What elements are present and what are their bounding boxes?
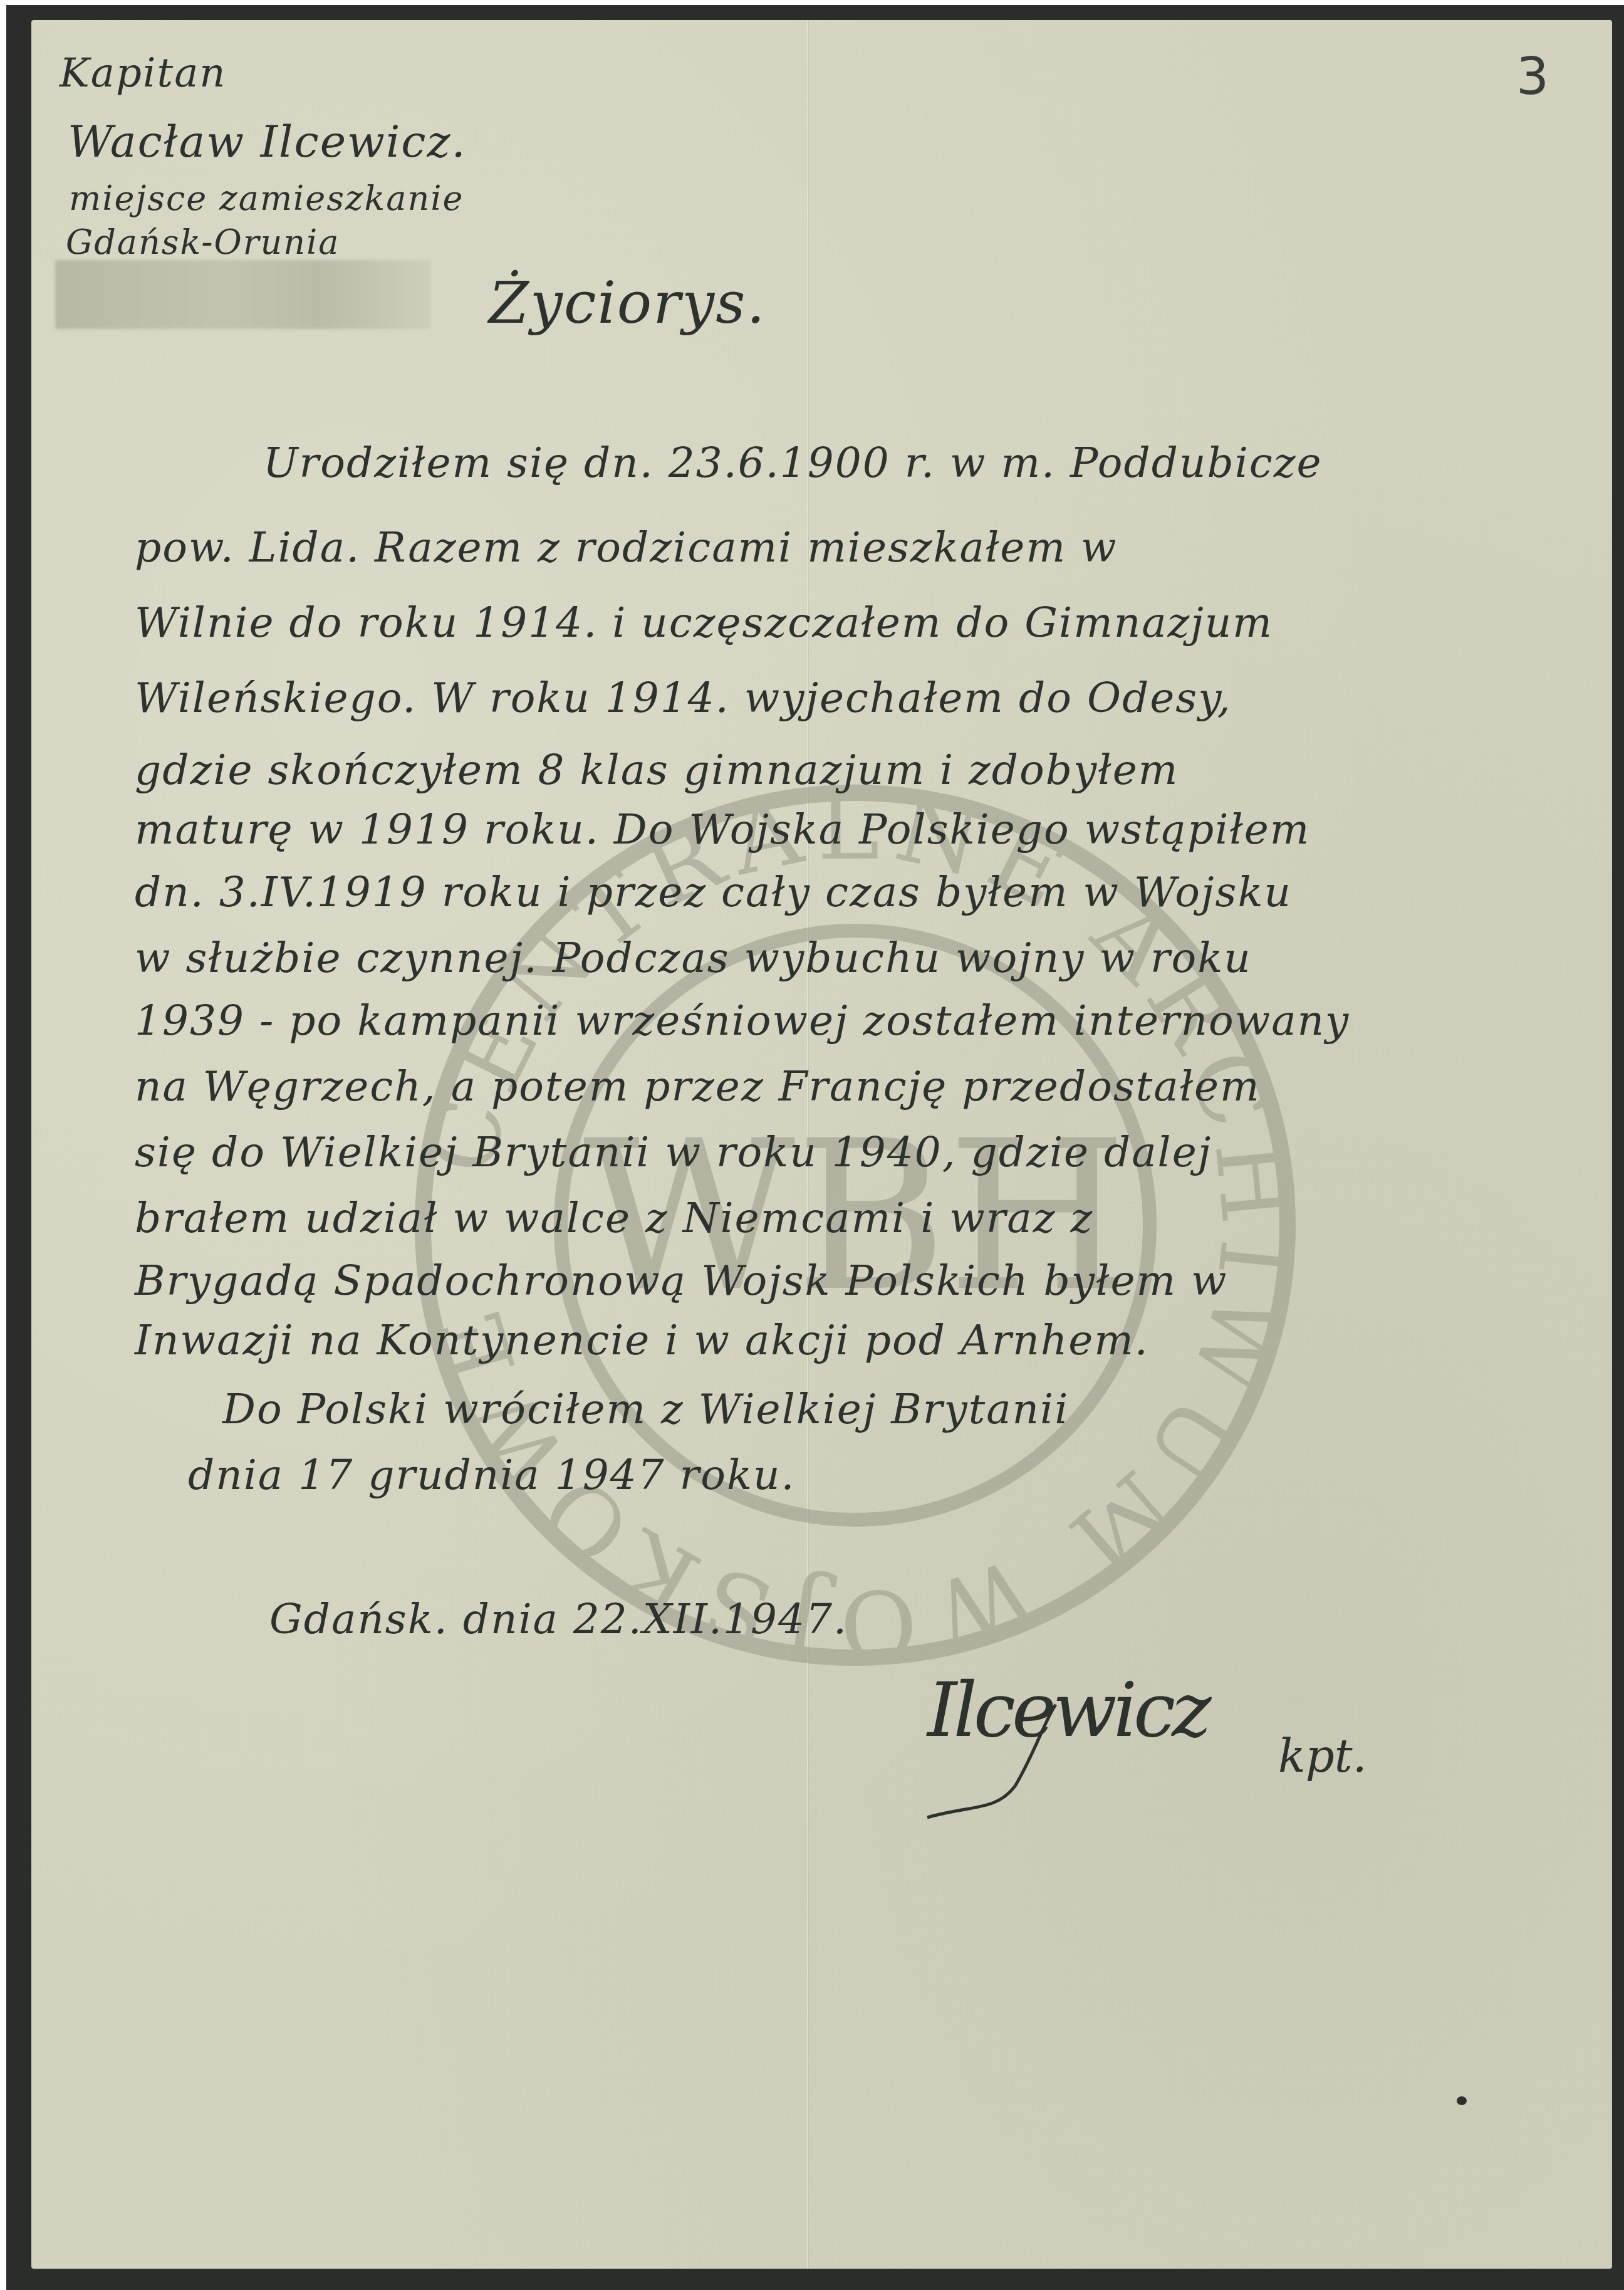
ink-speck [1457,2096,1467,2105]
header-name: Wacław Ilcewicz. [68,116,467,167]
body-line-2: pow. Lida. Razem z rodzicami mieszkałem … [135,523,1117,572]
body-line-12: brałem udział w walce z Niemcami i wraz … [135,1194,1093,1242]
signature-rank: kpt. [1278,1730,1367,1782]
place-and-date: Gdańsk. dnia 22.XII.1947. [269,1595,848,1643]
header-residence: Gdańsk-Orunia [66,222,340,262]
body-line-9: 1939 - po kampanii wrześniowej zostałem … [135,996,1350,1045]
header-rank: Kapitan [60,50,227,97]
page-number: 3 [1516,47,1550,107]
body-line-6: maturę w 1919 roku. Do Wojska Polskiego … [135,805,1310,854]
header-residence-label: miejsce zamieszkanie [69,179,464,218]
body-line-11: się do Wielkiej Brytanii w roku 1940, gd… [135,1128,1212,1176]
body-line-16: dnia 17 grudnia 1947 roku. [188,1451,795,1499]
body-line-13: Brygadą Spadochronową Wojsk Polskich był… [135,1257,1228,1305]
redacted-area [55,260,431,329]
body-line-15: Do Polski wróciłem z Wielkiej Brytanii [222,1385,1069,1433]
body-line-4: Wileńskiego. W roku 1914. wyjechałem do … [135,674,1232,722]
body-line-7: dn. 3.IV.1919 roku i przez cały czas był… [135,868,1292,916]
body-line-8: w służbie czynnej. Podczas wybuchu wojny… [135,934,1252,982]
document-title: Życiorys. [489,269,766,337]
signature: Ilcewicz [927,1667,1208,1754]
body-line-1: Urodziłem się dn. 23.6.1900 r. w m. Podd… [263,439,1323,487]
body-line-3: Wilnie do roku 1914. i uczęszczałem do G… [135,599,1273,647]
body-line-14: Inwazji na Kontynencie i w akcji pod Arn… [135,1316,1149,1364]
body-line-5: gdzie skończyłem 8 klas gimnazjum i zdob… [135,746,1179,794]
body-line-10: na Węgrzech, a potem przez Francję przed… [135,1062,1261,1111]
